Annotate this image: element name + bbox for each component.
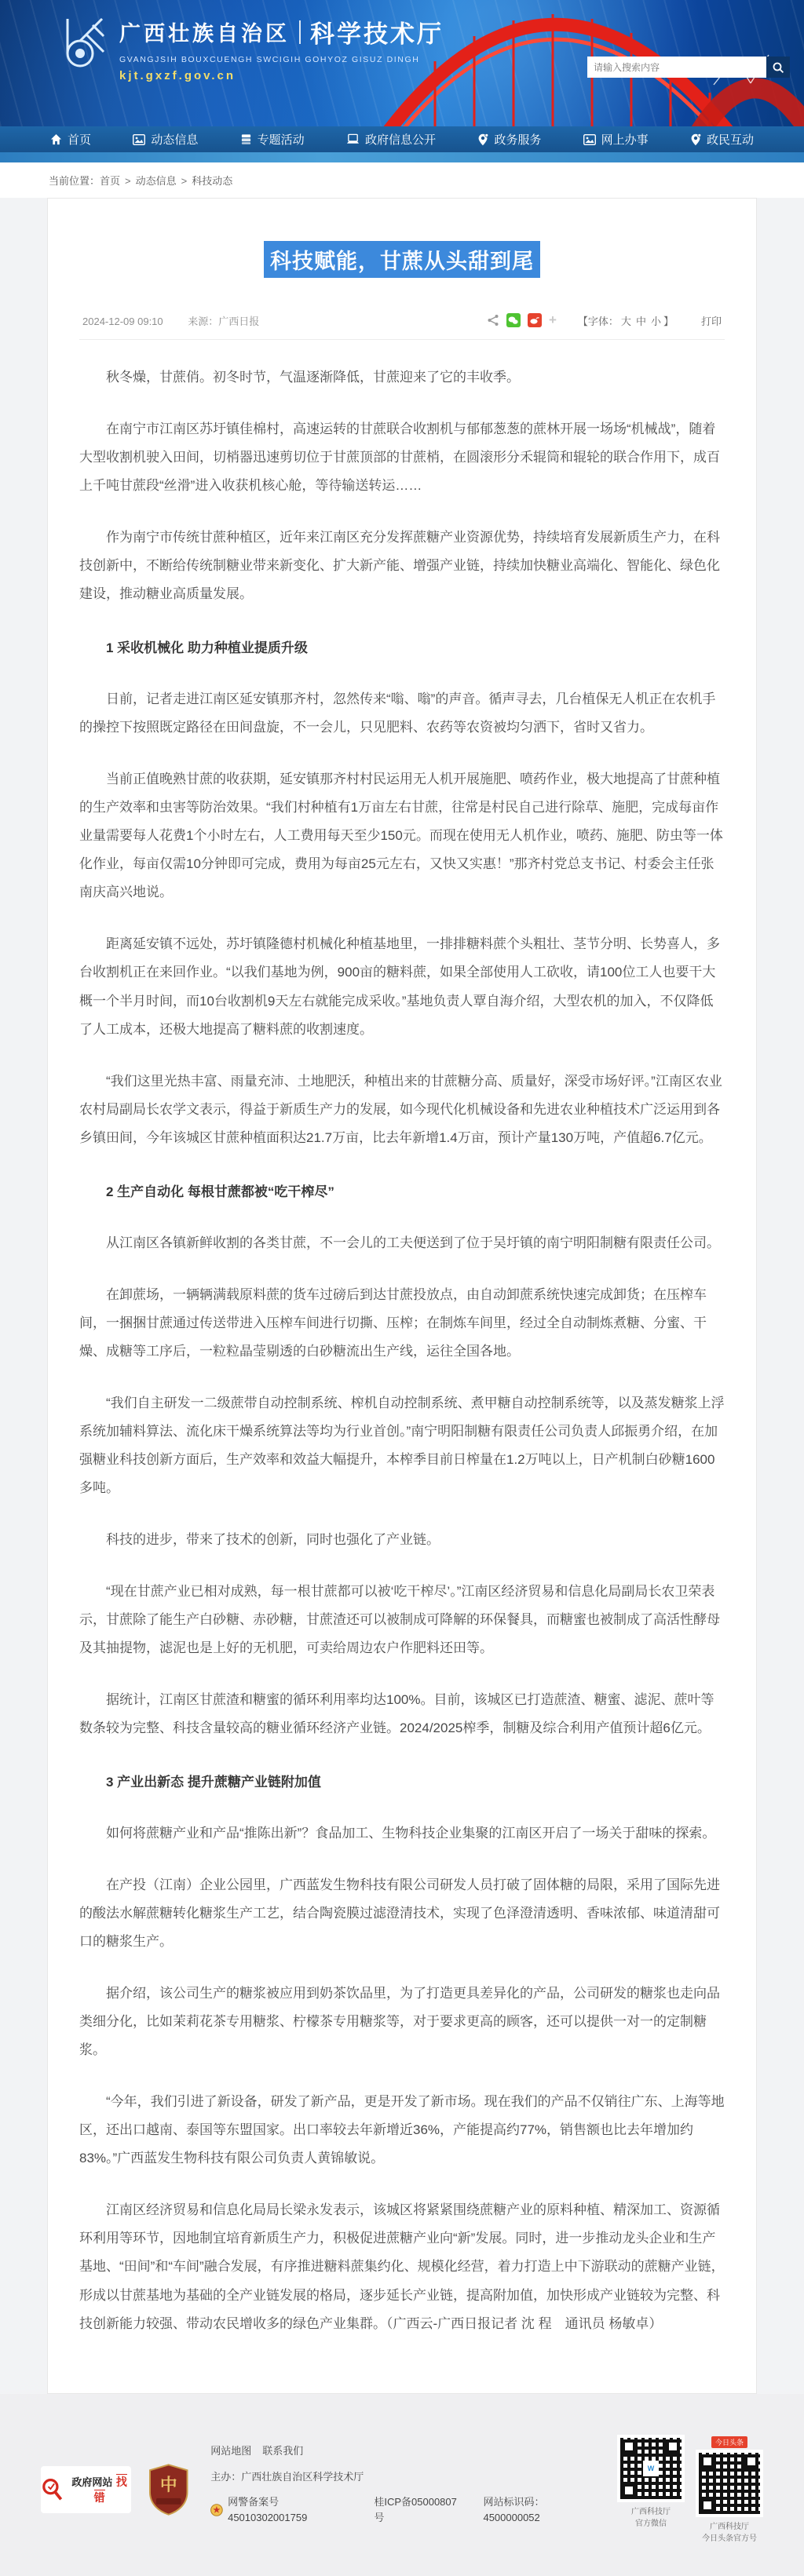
- footer-host: 主办：广西壮族自治区科学技术厅: [210, 2469, 617, 2485]
- nav-item-home[interactable]: 首页: [47, 131, 94, 148]
- wechat-share-icon[interactable]: [506, 313, 521, 327]
- sitemap-link[interactable]: 网站地图: [210, 2443, 251, 2459]
- nav-item-news[interactable]: 动态信息: [130, 131, 201, 148]
- online-affairs-icon: [583, 134, 596, 145]
- print-button[interactable]: 打印: [701, 313, 722, 328]
- services-icon: [477, 133, 488, 146]
- paragraph: “我们自主研发一二级蔗带自动控制系统、榨机自动控制系统、煮甲糖自动控制系统等，以…: [79, 1389, 725, 1502]
- font-size-control: 【字体：大中小】: [578, 313, 674, 328]
- gov-emblem-icon: 中: [148, 2464, 188, 2516]
- paragraph: 据统计，江南区甘蔗渣和糖蜜的循环利用率均达100%。目前，该城区已打造蔗渣、糖蜜…: [79, 1686, 725, 1742]
- interaction-icon: [690, 133, 701, 146]
- paragraph: 科技的进步，带来了技术的创新，同时也强化了产业链。: [79, 1526, 725, 1554]
- article-body: 秋冬燥，甘蔗俏。初冬时节，气温逐渐降低，甘蔗迎来了它的丰收季。 在南宁市江南区苏…: [79, 363, 725, 2338]
- paragraph: 作为南宁市传统甘蔗种植区，近年来江南区充分发挥蔗糖产业资源优势，持续培育发展新质…: [79, 524, 725, 608]
- paragraph: 日前，记者走进江南区延安镇那齐村，忽然传来“嗡、嗡”的声音。循声寻去，几台植保无…: [79, 685, 725, 742]
- more-share-icon[interactable]: +: [549, 312, 557, 328]
- main-nav: 首页 动态信息 专题活动 政府信息公开 政务服务 网上办事 政民互动: [0, 126, 804, 152]
- footer-records: 网警备案号45010302001759 桂ICP备05000807号 网站标识码…: [210, 2494, 617, 2525]
- paragraph: 距离延安镇不远处，苏圩镇隆德村机械化种植基地里，一排排糖料蔗个头粗壮、茎节分明、…: [79, 930, 725, 1043]
- paragraph: 当前正值晚熟甘蔗的收获期，延安镇那齐村村民运用无人机开展施肥、喷药作业，极大地提…: [79, 765, 725, 907]
- dept-name: 科学技术厅: [310, 14, 444, 49]
- article-source: 来源：广西日报: [188, 316, 259, 327]
- wechat-qr-caption: 广西科技厅 官方微信: [617, 2506, 685, 2530]
- publish-date: 2024-12-09 09:10: [82, 316, 163, 327]
- paragraph: 江南区经济贸易和信息化局局长梁永发表示，该城区将紧紧围绕蔗糖产业的原料种植、精深…: [79, 2196, 725, 2337]
- gxst-logo-icon: [57, 14, 107, 77]
- site-brand: 广西壮族自治区 科学技术厅 GVANGJSIH BOUXCUENGH SWCIG…: [57, 14, 444, 82]
- gov-site-find-error-badge[interactable]: 政府网站 找错: [41, 2466, 131, 2513]
- wechat-qr-block: W 广西科技厅 官方微信: [617, 2435, 685, 2545]
- search-icon: [772, 61, 784, 74]
- search-box: [587, 57, 790, 78]
- article-meta-row: 2024-12-09 09:10 来源：广西日报 +: [79, 312, 725, 340]
- paragraph: 从江南区各镇新鲜收割的各类甘蔗，不一会儿的工夫便送到了位于吴圩镇的南宁明阳制糖有…: [79, 1229, 725, 1257]
- footer-links: 网站地图 联系我们: [210, 2443, 617, 2459]
- icp-record: 桂ICP备05000807号: [374, 2494, 466, 2525]
- home-icon: [50, 133, 62, 145]
- paragraph: 在卸蔗场，一辆辆满载原料蔗的货车过磅后到达甘蔗投放点，由自动卸蔗系统快速完成卸货…: [79, 1281, 725, 1366]
- share-icon[interactable]: [487, 314, 499, 327]
- nav-item-topics[interactable]: 专题活动: [237, 131, 308, 148]
- gov-info-icon: [346, 133, 360, 145]
- site-url: kjt.gxzf.gov.cn: [119, 69, 444, 82]
- toutiao-tag: 今日头条: [711, 2436, 747, 2448]
- toutiao-qr-code: [696, 2450, 763, 2517]
- article-meta: 2024-12-09 09:10 来源：广西日报: [82, 313, 259, 328]
- main-content-area: 科技赋能，甘蔗从头甜到尾 2024-12-09 09:10 来源：广西日报: [0, 198, 804, 2394]
- font-small-button[interactable]: 小: [651, 316, 661, 327]
- font-medium-button[interactable]: 中: [636, 316, 646, 327]
- site-code: 网站标识码：4500000052: [483, 2494, 600, 2525]
- contact-link[interactable]: 联系我们: [262, 2443, 303, 2459]
- police-badge-icon: [210, 2504, 223, 2516]
- police-record: 网警备案号45010302001759: [228, 2494, 356, 2525]
- breadcrumb-label: 当前位置：: [49, 175, 100, 187]
- paragraph: 秋冬燥，甘蔗俏。初冬时节，气温逐渐降低，甘蔗迎来了它的丰收季。: [79, 363, 725, 392]
- nav-item-gov-info[interactable]: 政府信息公开: [343, 131, 439, 148]
- toutiao-qr-block: 今日头条 广西科技厅 今日头条官方号: [696, 2435, 763, 2545]
- nav-item-services[interactable]: 政务服务: [474, 131, 544, 148]
- org-name: 广西壮族自治区: [119, 16, 290, 47]
- section-heading-1: 1 采收机械化 助力种植业提质升级: [79, 635, 725, 662]
- svg-text:中: 中: [160, 2475, 177, 2494]
- topics-icon: [240, 133, 252, 145]
- breadcrumb-news[interactable]: 动态信息: [136, 175, 177, 187]
- search-button[interactable]: [766, 57, 790, 78]
- find-error-magnifier-icon: [41, 2476, 64, 2503]
- weibo-share-icon[interactable]: [528, 313, 542, 327]
- section-heading-2: 2 生产自动化 每根甘蔗都被“吃干榨尽”: [79, 1179, 725, 1206]
- font-large-button[interactable]: 大: [621, 316, 631, 327]
- paragraph: 在南宁市江南区苏圩镇佳棉村，高速运转的甘蔗联合收割机与郁郁葱葱的蔗林开展一场场“…: [79, 415, 725, 500]
- wechat-qr-code: W: [617, 2435, 685, 2502]
- section-heading-3: 3 产业出新态 提升蔗糖产业链附加值: [79, 1769, 725, 1796]
- paragraph: “我们这里光热丰富、雨量充沛、土地肥沃，种植出来的甘蔗糖分高、质量好，深受市场好…: [79, 1067, 725, 1152]
- page-title: 科技赋能，甘蔗从头甜到尾: [79, 241, 725, 278]
- nav-item-online-affairs[interactable]: 网上办事: [580, 131, 652, 148]
- breadcrumb-home[interactable]: 首页: [100, 175, 120, 187]
- brand-divider: [299, 20, 301, 44]
- wechat-qr-center-icon: W: [643, 2461, 659, 2476]
- footer: 政府网站 找错 中 网站地图 联系我们 主办：广西壮族自治区科学技术厅 网警备案…: [0, 2394, 804, 2576]
- breadcrumb: 当前位置：首页>动态信息>科技动态: [47, 162, 757, 198]
- nav-item-interaction[interactable]: 政民互动: [687, 131, 757, 148]
- banner-bottom-strip: [0, 152, 804, 162]
- paragraph: 据介绍，该公司生产的糖浆被应用到奶茶饮品里，为了打造更具差异化的产品，公司研发的…: [79, 1979, 725, 2064]
- search-input[interactable]: [587, 57, 766, 78]
- paragraph: 在产投（江南）企业公园里，广西蓝发生物科技有限公司研发人员打破了固体糖的局限，采…: [79, 1871, 725, 1956]
- breadcrumb-current[interactable]: 科技动态: [192, 175, 232, 187]
- paragraph: 如何将蔗糖产业和产品“推陈出新”？食品加工、生物科技企业集聚的江南区开启了一场关…: [79, 1819, 725, 1848]
- toutiao-qr-caption: 广西科技厅 今日头条官方号: [696, 2521, 763, 2545]
- brand-subtitle: GVANGJSIH BOUXCUENGH SWCIGIH GOHYOZ GISU…: [119, 55, 444, 64]
- breadcrumb-bar: 当前位置：首页>动态信息>科技动态: [0, 162, 804, 198]
- article-card: 科技赋能，甘蔗从头甜到尾 2024-12-09 09:10 来源：广西日报: [47, 198, 757, 2394]
- paragraph: “现在甘蔗产业已相对成熟，每一根甘蔗都可以被‘吃干榨尽’。”江南区经济贸易和信息…: [79, 1578, 725, 1662]
- site-banner: 广西壮族自治区 科学技术厅 GVANGJSIH BOUXCUENGH SWCIG…: [0, 0, 804, 126]
- paragraph: “今年，我们引进了新设备，研发了新产品，更是开发了新市场。现在我们的产品不仅销往…: [79, 2088, 725, 2173]
- news-icon: [133, 134, 145, 145]
